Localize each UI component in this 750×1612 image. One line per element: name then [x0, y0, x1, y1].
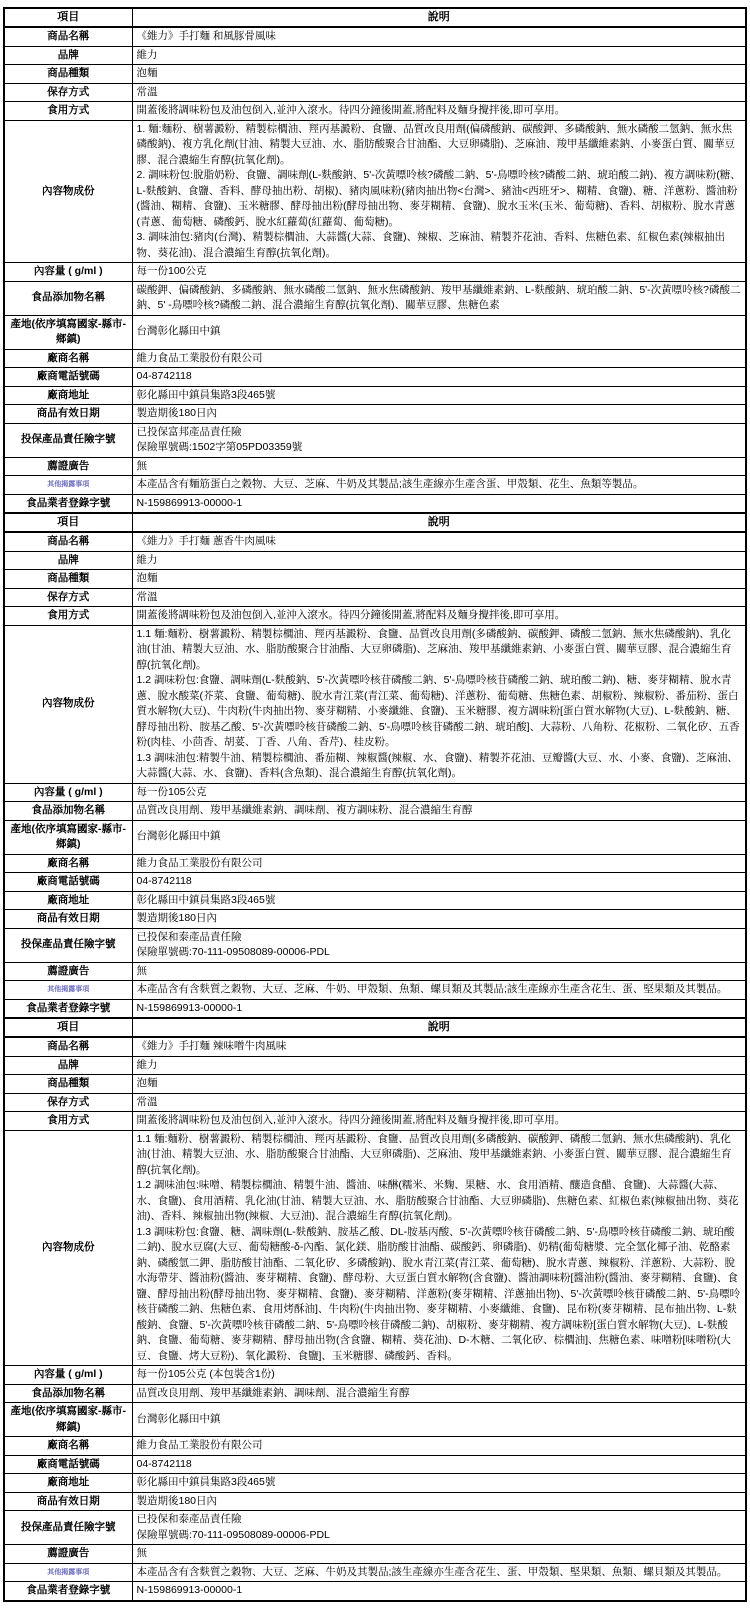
manufacturer-label: 廠商名稱: [4, 854, 132, 873]
storage-label: 保存方式: [4, 1093, 132, 1112]
table-row: 商品名稱 《維力》手打麵 辣味噌牛肉風味: [4, 1037, 746, 1056]
phone-value: 04-8742118: [132, 368, 746, 387]
table-row: 食品業者登錄字號 N-159869913-00000-1: [4, 494, 746, 513]
insurance-value: 已投保和泰產品責任險 保險單號碼:70-111-09508089-00006-P…: [132, 928, 746, 962]
ingredients-paragraph-3: 1.3 調味油包:精製牛油、精製棕櫚油、番茄糊、辣椒醬(辣椒、水、食鹽)、精製芥…: [137, 751, 742, 782]
address-label: 廠商地址: [4, 1474, 132, 1493]
allergen-note-label: 其他揭露事項: [4, 981, 132, 1000]
registration-value: N-159869913-00000-1: [132, 1582, 746, 1601]
insurance-line-2: 保險單號碼:1502字第05PD03359號: [137, 440, 742, 456]
product-name-value: 《維力》手打麵 和風豚骨風味: [132, 27, 746, 46]
product-spec-page: 項目 說明 商品名稱 《維力》手打麵 和風豚骨風味 品牌 維力 商品種類 泡麵 …: [0, 0, 750, 1612]
allergen-statement: 本產品含有麵筋蛋白之穀物、大豆、芝麻、牛奶及其製品;該生產線亦生產含蛋、甲殼類、…: [132, 476, 746, 495]
table-row: 廠商電話號碼 04-8742118: [4, 873, 746, 892]
table-row: 品牌 維力: [4, 46, 746, 65]
brand-label: 品牌: [4, 551, 132, 570]
table-header-row: 項目 說明: [4, 513, 746, 532]
product-name-value: 《維力》手打麵 辣味噌牛肉風味: [132, 1037, 746, 1056]
phone-value: 04-8742118: [132, 1455, 746, 1474]
table-row: 廠商電話號碼 04-8742118: [4, 1455, 746, 1474]
category-label: 商品種類: [4, 65, 132, 84]
column-header-description: 說明: [132, 513, 746, 532]
table-row: 投保產品責任險字號 已投保和泰產品責任險 保險單號碼:70-111-095080…: [4, 928, 746, 962]
ingredients-paragraph-2: 1.2 調味油包:味噌、精製棕櫚油、精製牛油、醬油、味醂(糯米、米麴、果糖、水、…: [137, 1178, 742, 1225]
brand-value: 維力: [132, 46, 746, 65]
expiry-value: 製造期後180日內: [132, 405, 746, 424]
product-name-label: 商品名稱: [4, 1037, 132, 1056]
net-weight-label: 內容量 ( g/ml ): [4, 783, 132, 802]
storage-value: 常溫: [132, 83, 746, 102]
address-value: 彰化縣田中鎮員集路3段465號: [132, 891, 746, 910]
table-row: 其他揭露事項 本產品含有麵筋蛋白之穀物、大豆、芝麻、牛奶及其製品;該生產線亦生產…: [4, 476, 746, 495]
manufacturer-label: 廠商名稱: [4, 349, 132, 368]
table-row: 食品業者登錄字號 N-159869913-00000-1: [4, 999, 746, 1018]
allergen-note-label: 其他揭露事項: [4, 476, 132, 495]
insurance-value: 已投保和泰產品責任險 保險單號碼:70-111-09508089-00006-P…: [132, 1511, 746, 1545]
registration-label: 食品業者登錄字號: [4, 1582, 132, 1601]
table-row: 食品添加物名稱 碳酸鉀、偏磷酸鈉、多磷酸鈉、無水磷酸二氫鈉、無水焦磷酸鈉、羧甲基…: [4, 281, 746, 315]
table-row: 其他揭露事項 本產品含有含麩質之穀物、大豆、芝麻、牛奶及其製品;該生產線亦生產含…: [4, 1563, 746, 1582]
product-spec-table: 項目 說明 商品名稱 《維力》手打麵 辣味噌牛肉風味 品牌 維力 商品種類 泡麵…: [3, 1017, 747, 1602]
additives-label: 食品添加物名稱: [4, 281, 132, 315]
table-row: 商品種類 泡麵: [4, 65, 746, 84]
table-row: 投保產品責任險字號 已投保和泰產品責任險 保險單號碼:70-111-095080…: [4, 1511, 746, 1545]
brand-value: 維力: [132, 551, 746, 570]
ingredients-paragraph-1: 1.1 麵:麵粉、樹薯澱粉、精製棕櫚油、羥丙基澱粉、食鹽、品質改良用劑(多磷酸鈉…: [137, 627, 742, 674]
phone-label: 廠商電話號碼: [4, 368, 132, 387]
registration-label: 食品業者登錄字號: [4, 999, 132, 1018]
table-row: 廠商地址 彰化縣田中鎮員集路3段465號: [4, 386, 746, 405]
usage-value: 開蓋後將調味粉包及油包倒入,並沖入滾水。待四分鐘後開蓋,將配料及麵身攪拌後,即可…: [132, 1112, 746, 1131]
table-row: 保存方式 常溫: [4, 1093, 746, 1112]
category-value: 泡麵: [132, 570, 746, 589]
column-header-description: 說明: [132, 8, 746, 27]
origin-value: 台灣彰化縣田中鎮: [132, 1403, 746, 1437]
table-row: 廠商名稱 維力食品工業股份有限公司: [4, 854, 746, 873]
allergen-statement: 本產品含有含麩質之穀物、大豆、芝麻、牛奶、甲殼類、魚類、螺貝類及其製品;該生產線…: [132, 981, 746, 1000]
table-row: 商品有效日期 製造期後180日內: [4, 1492, 746, 1511]
table-row: 商品有效日期 製造期後180日內: [4, 910, 746, 929]
insurance-label: 投保產品責任險字號: [4, 928, 132, 962]
net-weight-value: 每一份105公克 (本包裝含1份): [132, 1366, 746, 1385]
storage-label: 保存方式: [4, 588, 132, 607]
endorsement-ad-value: 無: [132, 962, 746, 981]
ingredients-paragraph-1: 1.1 麵:麵粉、樹薯澱粉、精製棕櫚油、羥丙基澱粉、食鹽、品質改良用劑(多磷酸鈉…: [137, 1132, 742, 1179]
product-spec-table: 項目 說明 商品名稱 《維力》手打麵 蔥香牛肉風味 品牌 維力 商品種類 泡麵 …: [3, 512, 747, 1019]
product-name-label: 商品名稱: [4, 27, 132, 46]
product-name-value: 《維力》手打麵 蔥香牛肉風味: [132, 532, 746, 551]
ingredients-label: 內容物成份: [4, 625, 132, 783]
expiry-value: 製造期後180日內: [132, 910, 746, 929]
table-row: 保存方式 常溫: [4, 588, 746, 607]
table-row: 商品種類 泡麵: [4, 570, 746, 589]
table-row: 內容量 ( g/ml ) 每一份100公克: [4, 263, 746, 282]
table-row: 食用方式 開蓋後將調味粉包及油包倒入,並沖入滾水。待四分鐘後開蓋,將配料及麵身攪…: [4, 102, 746, 121]
manufacturer-value: 維力食品工業股份有限公司: [132, 1437, 746, 1456]
column-header-description: 說明: [132, 1018, 746, 1037]
table-header-row: 項目 說明: [4, 1018, 746, 1037]
insurance-label: 投保產品責任險字號: [4, 423, 132, 457]
endorsement-ad-value: 無: [132, 1545, 746, 1564]
insurance-line-1: 已投保和泰產品責任險: [137, 930, 742, 946]
additives-value: 碳酸鉀、偏磷酸鈉、多磷酸鈉、無水磷酸二氫鈉、無水焦磷酸鈉、羧甲基纖維素鈉、L-麩…: [132, 281, 746, 315]
origin-label: 產地(依序填寫國家-縣市-鄉鎮): [4, 315, 132, 349]
table-row: 產地(依序填寫國家-縣市-鄉鎮) 台灣彰化縣田中鎮: [4, 1403, 746, 1437]
table-row: 內容物成份 1.1 麵:麵粉、樹薯澱粉、精製棕櫚油、羥丙基澱粉、食鹽、品質改良用…: [4, 1130, 746, 1366]
insurance-line-2: 保險單號碼:70-111-09508089-00006-PDL: [137, 1528, 742, 1544]
origin-label: 產地(依序填寫國家-縣市-鄉鎮): [4, 1403, 132, 1437]
brand-label: 品牌: [4, 1056, 132, 1075]
table-row: 內容量 ( g/ml ) 每一份105公克: [4, 783, 746, 802]
registration-value: N-159869913-00000-1: [132, 999, 746, 1018]
usage-value: 開蓋後將調味粉包及油包倒入,並沖入滾水。待四分鐘後開蓋,將配料及麵身攪拌後,即可…: [132, 607, 746, 626]
column-header-item: 項目: [4, 513, 132, 532]
table-row: 廠商名稱 維力食品工業股份有限公司: [4, 349, 746, 368]
insurance-line-1: 已投保富邦產品責任險: [137, 425, 742, 441]
expiry-value: 製造期後180日內: [132, 1492, 746, 1511]
table-row: 產地(依序填寫國家-縣市-鄉鎮) 台灣彰化縣田中鎮: [4, 820, 746, 854]
phone-label: 廠商電話號碼: [4, 1455, 132, 1474]
address-label: 廠商地址: [4, 386, 132, 405]
category-label: 商品種類: [4, 1075, 132, 1094]
phone-value: 04-8742118: [132, 873, 746, 892]
table-header-row: 項目 說明: [4, 8, 746, 27]
expiry-label: 商品有效日期: [4, 910, 132, 929]
registration-label: 食品業者登錄字號: [4, 494, 132, 513]
endorsement-ad-label: 薦證廣告: [4, 1545, 132, 1564]
address-value: 彰化縣田中鎮員集路3段465號: [132, 386, 746, 405]
origin-value: 台灣彰化縣田中鎮: [132, 315, 746, 349]
additives-label: 食品添加物名稱: [4, 802, 132, 821]
expiry-label: 商品有效日期: [4, 1492, 132, 1511]
insurance-line-1: 已投保和泰產品責任險: [137, 1512, 742, 1528]
additives-value: 品質改良用劑、羧甲基纖維素鈉、調味劑、混合濃縮生育醇: [132, 1384, 746, 1403]
endorsement-ad-label: 薦證廣告: [4, 962, 132, 981]
ingredients-paragraph-2: 1.2 調味粉包:食鹽、調味劑(L-麩酸鈉、5'-次黃嘌呤核苷磷酸二鈉、5'-鳥…: [137, 673, 742, 751]
category-value: 泡麵: [132, 65, 746, 84]
origin-label: 產地(依序填寫國家-縣市-鄉鎮): [4, 820, 132, 854]
ingredients-paragraph-1: 1. 麵:麵粉、樹薯澱粉、精製棕櫚油、羥丙基澱粉、食鹽、品質改良用劑(偏磷酸鈉、…: [137, 122, 742, 169]
table-row: 廠商名稱 維力食品工業股份有限公司: [4, 1437, 746, 1456]
table-row: 薦證廣告 無: [4, 962, 746, 981]
net-weight-label: 內容量 ( g/ml ): [4, 263, 132, 282]
column-header-item: 項目: [4, 1018, 132, 1037]
ingredients-paragraph-3: 1.3 調味粉包:食鹽、糖、調味劑(L-麩酸鈉、胺基乙酸、DL-胺基丙酸、5'-…: [137, 1225, 742, 1365]
storage-label: 保存方式: [4, 83, 132, 102]
category-label: 商品種類: [4, 570, 132, 589]
net-weight-value: 每一份105公克: [132, 783, 746, 802]
manufacturer-label: 廠商名稱: [4, 1437, 132, 1456]
phone-label: 廠商電話號碼: [4, 873, 132, 892]
table-row: 廠商地址 彰化縣田中鎮員集路3段465號: [4, 891, 746, 910]
table-row: 商品種類 泡麵: [4, 1075, 746, 1094]
registration-value: N-159869913-00000-1: [132, 494, 746, 513]
insurance-line-2: 保險單號碼:70-111-09508089-00006-PDL: [137, 945, 742, 961]
ingredients-label: 內容物成份: [4, 120, 132, 263]
table-row: 食品添加物名稱 品質改良用劑、羧甲基纖維素鈉、調味劑、混合濃縮生育醇: [4, 1384, 746, 1403]
insurance-value: 已投保富邦產品責任險 保險單號碼:1502字第05PD03359號: [132, 423, 746, 457]
address-value: 彰化縣田中鎮員集路3段465號: [132, 1474, 746, 1493]
expiry-label: 商品有效日期: [4, 405, 132, 424]
brand-label: 品牌: [4, 46, 132, 65]
net-weight-value: 每一份100公克: [132, 263, 746, 282]
usage-label: 食用方式: [4, 607, 132, 626]
table-row: 產地(依序填寫國家-縣市-鄉鎮) 台灣彰化縣田中鎮: [4, 315, 746, 349]
ingredients-label: 內容物成份: [4, 1130, 132, 1366]
usage-label: 食用方式: [4, 1112, 132, 1131]
ingredients-paragraph-3: 3. 調味油包:豬肉(台灣)、精製棕櫚油、大蒜醬(大蒜、食鹽)、辣椒、芝麻油、精…: [137, 230, 742, 261]
insurance-label: 投保產品責任險字號: [4, 1511, 132, 1545]
table-row: 食品業者登錄字號 N-159869913-00000-1: [4, 1582, 746, 1601]
additives-label: 食品添加物名稱: [4, 1384, 132, 1403]
ingredients-value: 1.1 麵:麵粉、樹薯澱粉、精製棕櫚油、羥丙基澱粉、食鹽、品質改良用劑(多磷酸鈉…: [132, 625, 746, 783]
table-row: 廠商地址 彰化縣田中鎮員集路3段465號: [4, 1474, 746, 1493]
ingredients-paragraph-2: 2. 調味粉包:脫脂奶粉、食鹽、調味劑(L-麩酸鈉、5'-次黃嘌呤核?磷酸二鈉、…: [137, 168, 742, 230]
usage-label: 食用方式: [4, 102, 132, 121]
table-row: 商品有效日期 製造期後180日內: [4, 405, 746, 424]
allergen-statement: 本產品含有含麩質之穀物、大豆、芝麻、牛奶及其製品;該生產線亦生產含花生、蛋、甲殼…: [132, 1563, 746, 1582]
table-row: 廠商電話號碼 04-8742118: [4, 368, 746, 387]
additives-value: 品質改良用劑、羧甲基纖維素鈉、調味劑、複方調味粉、混合濃縮生育醇: [132, 802, 746, 821]
allergen-note-label: 其他揭露事項: [4, 1563, 132, 1582]
table-row: 投保產品責任險字號 已投保富邦產品責任險 保險單號碼:1502字第05PD033…: [4, 423, 746, 457]
ingredients-value: 1.1 麵:麵粉、樹薯澱粉、精製棕櫚油、羥丙基澱粉、食鹽、品質改良用劑(多磷酸鈉…: [132, 1130, 746, 1366]
table-row: 內容量 ( g/ml ) 每一份105公克 (本包裝含1份): [4, 1366, 746, 1385]
category-value: 泡麵: [132, 1075, 746, 1094]
endorsement-ad-label: 薦證廣告: [4, 457, 132, 476]
manufacturer-value: 維力食品工業股份有限公司: [132, 349, 746, 368]
table-row: 保存方式 常溫: [4, 83, 746, 102]
product-spec-table: 項目 說明 商品名稱 《維力》手打麵 和風豚骨風味 品牌 維力 商品種類 泡麵 …: [3, 7, 747, 514]
endorsement-ad-value: 無: [132, 457, 746, 476]
table-row: 內容物成份 1. 麵:麵粉、樹薯澱粉、精製棕櫚油、羥丙基澱粉、食鹽、品質改良用劑…: [4, 120, 746, 263]
table-row: 薦證廣告 無: [4, 457, 746, 476]
table-row: 商品名稱 《維力》手打麵 和風豚骨風味: [4, 27, 746, 46]
product-name-label: 商品名稱: [4, 532, 132, 551]
table-row: 其他揭露事項 本產品含有含麩質之穀物、大豆、芝麻、牛奶、甲殼類、魚類、螺貝類及其…: [4, 981, 746, 1000]
usage-value: 開蓋後將調味粉包及油包倒入,並沖入滾水。待四分鐘後開蓋,將配料及麵身攪拌後,即可…: [132, 102, 746, 121]
table-row: 品牌 維力: [4, 1056, 746, 1075]
origin-value: 台灣彰化縣田中鎮: [132, 820, 746, 854]
table-row: 品牌 維力: [4, 551, 746, 570]
net-weight-label: 內容量 ( g/ml ): [4, 1366, 132, 1385]
manufacturer-value: 維力食品工業股份有限公司: [132, 854, 746, 873]
table-row: 食用方式 開蓋後將調味粉包及油包倒入,並沖入滾水。待四分鐘後開蓋,將配料及麵身攪…: [4, 1112, 746, 1131]
brand-value: 維力: [132, 1056, 746, 1075]
ingredients-value: 1. 麵:麵粉、樹薯澱粉、精製棕櫚油、羥丙基澱粉、食鹽、品質改良用劑(偏磷酸鈉、…: [132, 120, 746, 263]
table-row: 薦證廣告 無: [4, 1545, 746, 1564]
column-header-item: 項目: [4, 8, 132, 27]
table-row: 食品添加物名稱 品質改良用劑、羧甲基纖維素鈉、調味劑、複方調味粉、混合濃縮生育醇: [4, 802, 746, 821]
table-row: 內容物成份 1.1 麵:麵粉、樹薯澱粉、精製棕櫚油、羥丙基澱粉、食鹽、品質改良用…: [4, 625, 746, 783]
table-row: 商品名稱 《維力》手打麵 蔥香牛肉風味: [4, 532, 746, 551]
storage-value: 常溫: [132, 1093, 746, 1112]
table-row: 食用方式 開蓋後將調味粉包及油包倒入,並沖入滾水。待四分鐘後開蓋,將配料及麵身攪…: [4, 607, 746, 626]
storage-value: 常溫: [132, 588, 746, 607]
address-label: 廠商地址: [4, 891, 132, 910]
